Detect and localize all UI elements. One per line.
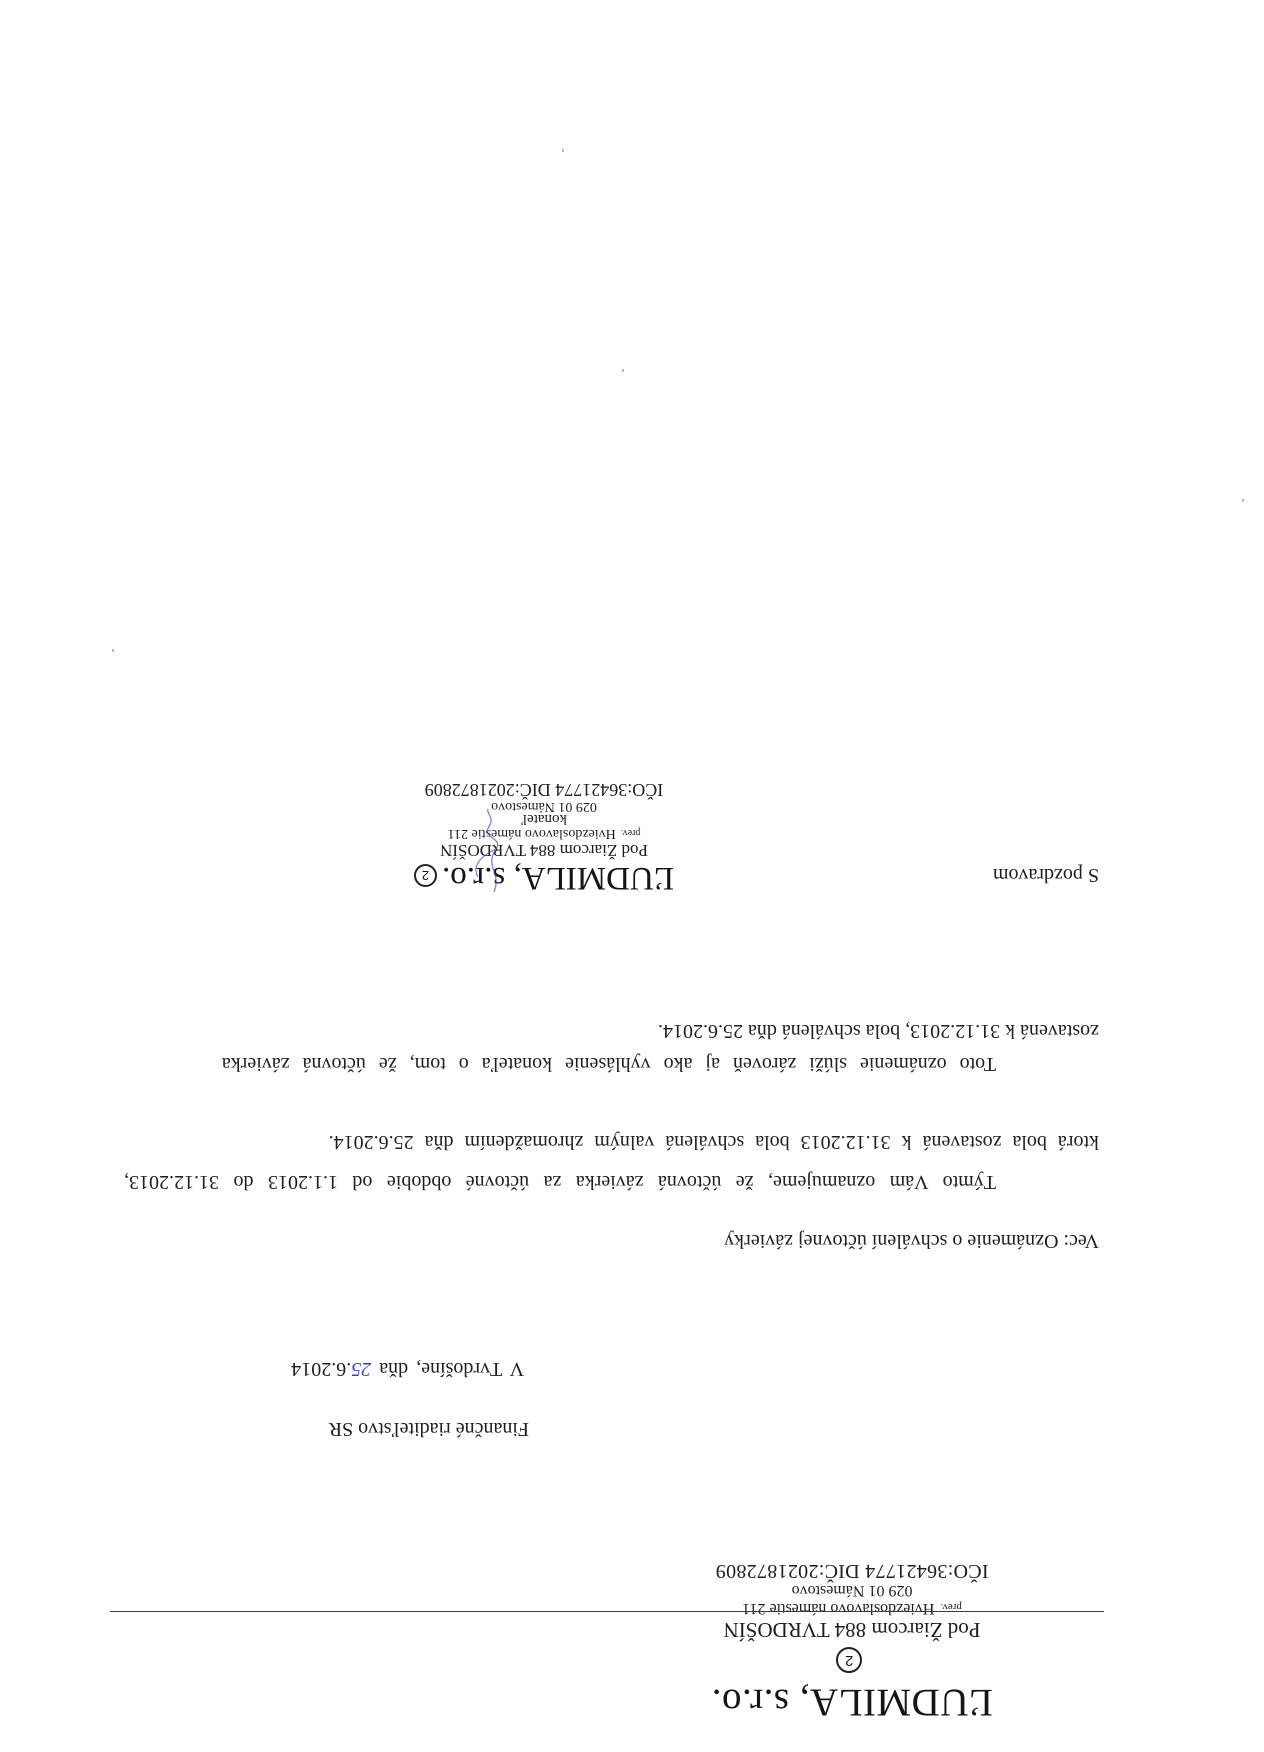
stamp-company: ĽUDMILA, s.r.o.2 [394, 861, 694, 894]
scanned-letter-page: ĽUDMILA, s.r.o.2 Pod Žiarcom 884 TVRDOŠÍ… [0, 0, 1264, 1752]
stamp-previous-address: prev.Hviezdoslavovo námestie 211 [394, 826, 694, 840]
letterhead-ids: IČO:36421774 DIČ:2021872809 [702, 1561, 1002, 1581]
body-paragraph-2-line-2: zostavená k 31.12.2013, bola schválená d… [658, 1020, 1099, 1042]
company-stamp: ĽUDMILA, s.r.o.2 Pod Žiarcom 884 TVRDOŠÍ… [394, 781, 694, 894]
stamp-ids: IČO:36421774 DIČ:2021872809 [394, 781, 694, 799]
closing: S pozdravom [993, 863, 1099, 886]
body-paragraph-1: Týmto Vám oznamujeme, že účtovná závierk… [124, 1122, 1099, 1202]
scan-speck [112, 649, 114, 652]
date-rest: .6.2014 [291, 1358, 351, 1380]
registered-mark-icon: 2 [414, 864, 437, 887]
recipient: Finančné riaditeľstvo SR [329, 1417, 529, 1440]
scan-speck [562, 149, 564, 152]
registered-mark-icon: 2 [836, 1647, 862, 1673]
scan-speck [1242, 499, 1244, 502]
date-line: V Tvrdošíne, dňa 25.6.2014 [291, 1357, 524, 1380]
letterhead-divider [110, 1611, 1104, 1612]
stamp-address: Pod Žiarcom 884 TVRDOŠÍN [394, 842, 694, 859]
stamp-previous-prefix: prev. [621, 827, 641, 838]
body-paragraph-2: Toto oznámenie slúži zároveň aj ako vyhl… [124, 1014, 1099, 1080]
scan-speck [622, 369, 624, 372]
stamp-previous-street: Hviezdoslavovo námestie 211 [448, 826, 616, 841]
subject-line: Vec: Oznámenie o schválení účtovnej závi… [724, 1229, 1099, 1252]
letterhead-previous-street: Hviezdoslavovo námestie 211 [742, 1600, 934, 1617]
letterhead: ĽUDMILA, s.r.o.2 Pod Žiarcom 884 TVRDOŠÍ… [702, 1561, 1002, 1722]
stamp-company-name: ĽUDMILA, s.r.o. [442, 860, 674, 896]
letterhead-company-name: ĽUDMILA, s.r.o. [711, 1681, 993, 1724]
date-prefix: V Tvrdošíne, dňa [371, 1358, 524, 1380]
stamp-role: konateľ [394, 811, 694, 826]
letterhead-address: Pod Žiarcom 884 TVRDOŠÍN [702, 1619, 1002, 1640]
date-day-handwritten: 25 [351, 1358, 371, 1380]
letterhead-city: 029 01 Námestovo [702, 1582, 1002, 1598]
letterhead-company: ĽUDMILA, s.r.o.2 [702, 1644, 1002, 1722]
letterhead-previous-address: prev.Hviezdoslavovo námestie 211 [702, 1600, 1002, 1616]
body-paragraph-2-line-1: Toto oznámenie slúži zároveň aj ako vyhl… [222, 1053, 996, 1075]
